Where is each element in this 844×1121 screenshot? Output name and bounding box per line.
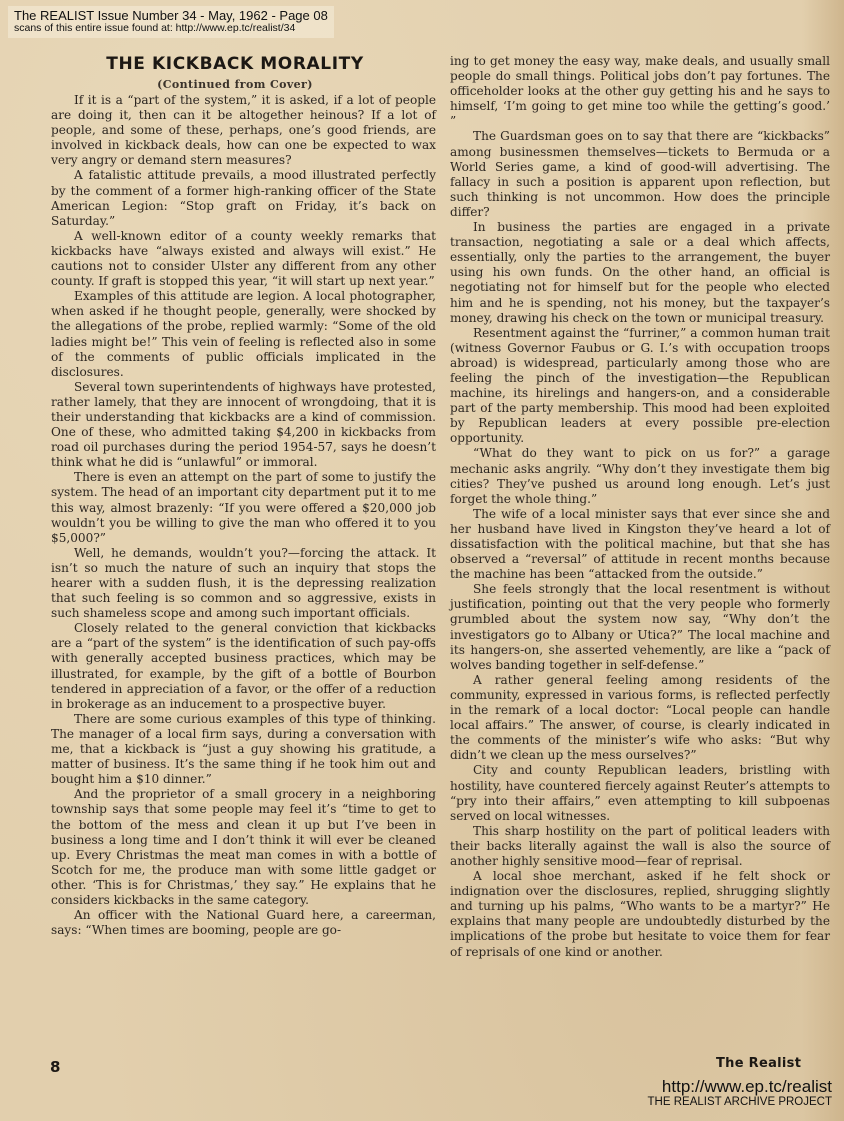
paragraph: An officer with the National Guard here,…	[51, 908, 436, 938]
paragraph: Resentment against the “furriner,” a com…	[450, 326, 830, 447]
archive-url-link[interactable]: http://www.ep.tc/realist	[648, 1078, 832, 1096]
paragraph: And the proprietor of a small grocery in…	[51, 787, 436, 908]
paragraph: “What do they want to pick on us for?” a…	[450, 446, 830, 506]
paragraph: Closely related to the general convictio…	[51, 621, 436, 712]
page-number: 8	[50, 1058, 60, 1076]
paragraph: If it is a “part of the system,” it is a…	[51, 93, 436, 168]
paragraph: There is even an attempt on the part of …	[51, 470, 436, 545]
paragraph-continuation: ing to get money the easy way, make deal…	[450, 54, 830, 129]
article-subtitle: (Continued from Cover)	[40, 78, 430, 91]
scan-source-link[interactable]: scans of this entire issue found at: htt…	[14, 23, 328, 35]
left-column: If it is a “part of the system,” it is a…	[51, 93, 436, 938]
masthead-footer: The Realist	[716, 1056, 801, 1071]
paragraph: In business the parties are engaged in a…	[450, 220, 830, 326]
paragraph: City and county Republican leaders, bris…	[450, 763, 830, 823]
paragraph: She feels strongly that the local resent…	[450, 582, 830, 673]
article-title: THE KICKBACK MORALITY	[40, 54, 430, 74]
paragraph: The Guardsman goes on to say that there …	[450, 129, 830, 220]
paragraph: A rather general feeling among residents…	[450, 673, 830, 764]
archive-project-label: THE REALIST ARCHIVE PROJECT	[648, 1096, 832, 1108]
paragraph: A local shoe merchant, asked if he felt …	[450, 869, 830, 960]
paragraph: This sharp hostility on the part of poli…	[450, 824, 830, 869]
paragraph: There are some curious examples of this …	[51, 712, 436, 787]
paragraph: The wife of a local minister says that e…	[450, 507, 830, 582]
archive-footer: http://www.ep.tc/realist THE REALIST ARC…	[648, 1078, 832, 1108]
paragraph: A fatalistic attitude prevails, a mood i…	[51, 168, 436, 228]
issue-info: The REALIST Issue Number 34 - May, 1962 …	[14, 9, 328, 23]
paragraph: Examples of this attitude are legion. A …	[51, 289, 436, 380]
right-column: ing to get money the easy way, make deal…	[450, 54, 830, 960]
archive-banner: The REALIST Issue Number 34 - May, 1962 …	[8, 6, 334, 38]
paragraph: Well, he demands, wouldn’t you?—forcing …	[51, 546, 436, 621]
paragraph: Several town superintendents of highways…	[51, 380, 436, 471]
paragraph: A well-known editor of a county weekly r…	[51, 229, 436, 289]
